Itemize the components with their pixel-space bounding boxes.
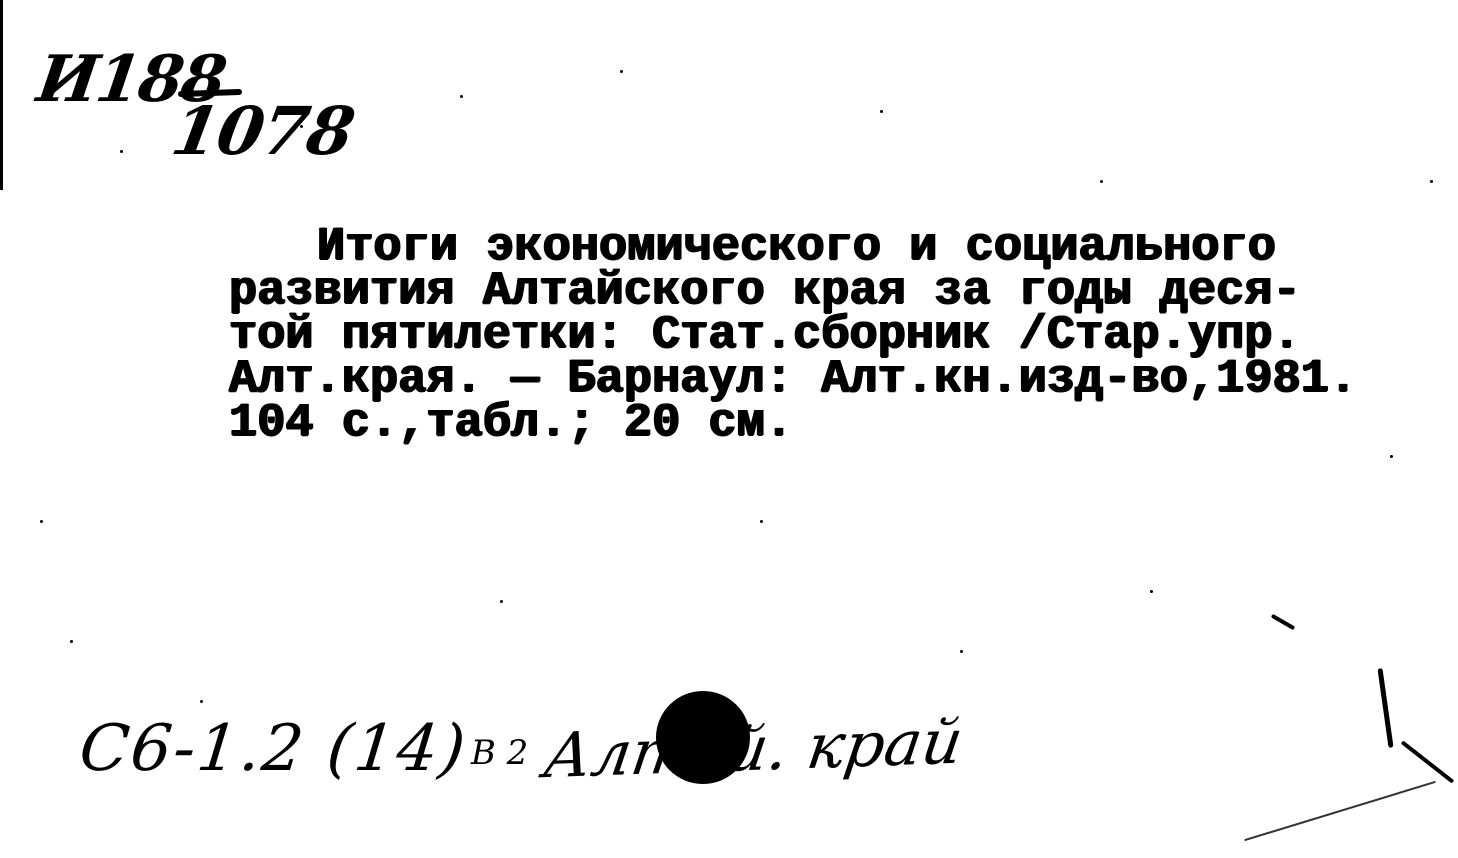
catalog-card: И188 1078 Итоги экономического и социаль… bbox=[0, 0, 1458, 858]
speck bbox=[70, 640, 73, 643]
speck bbox=[1100, 180, 1103, 183]
pen-mark bbox=[1244, 781, 1436, 841]
call-number-sub: 1078 bbox=[166, 92, 359, 170]
entry-line: Алт.края. — Барнаул: Алт.кн.изд-во,1981. bbox=[229, 358, 1458, 402]
speck bbox=[300, 125, 303, 128]
speck bbox=[40, 520, 43, 523]
bibliographic-entry: Итоги экономического и социального разви… bbox=[229, 226, 1458, 446]
entry-line: 104 с.,табл.; 20 см. bbox=[229, 402, 1458, 446]
pen-mark bbox=[1377, 668, 1393, 748]
classification-region: Алтай. край bbox=[540, 705, 968, 792]
speck bbox=[1390, 455, 1393, 458]
speck bbox=[460, 95, 463, 98]
speck bbox=[500, 600, 503, 603]
classification-code: С6-1.2 (14) bbox=[76, 712, 471, 786]
speck bbox=[760, 520, 763, 523]
speck bbox=[120, 150, 123, 153]
classification-superscript: В 2 bbox=[471, 733, 528, 773]
pen-mark bbox=[1401, 740, 1455, 783]
entry-line: Итоги экономического и социального bbox=[229, 226, 1458, 270]
pen-mark bbox=[1271, 614, 1296, 630]
entry-line: развития Алтайского края за годы деся- bbox=[229, 270, 1458, 314]
speck bbox=[880, 110, 883, 113]
card-edge bbox=[0, 0, 3, 190]
speck bbox=[620, 70, 623, 73]
speck bbox=[1150, 590, 1153, 593]
shelf-mark: С6-1.2 (14)В 2Алтай. край bbox=[80, 712, 961, 786]
speck bbox=[200, 700, 203, 703]
speck bbox=[960, 650, 963, 653]
speck bbox=[1430, 180, 1433, 183]
entry-line: той пятилетки: Стат.сборник /Стар.упр. bbox=[229, 314, 1458, 358]
